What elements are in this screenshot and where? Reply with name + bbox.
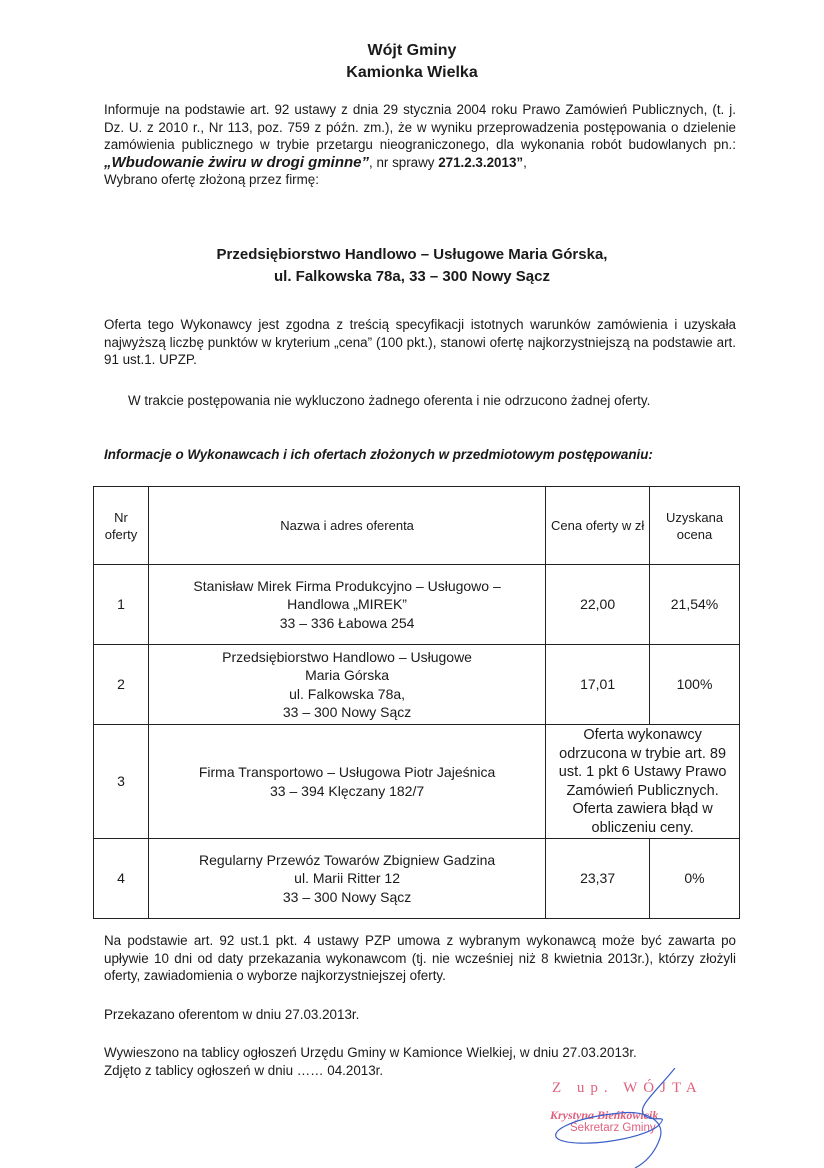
header-title-line2: Kamionka Wielka: [0, 64, 824, 82]
case-label: , nr sprawy: [369, 155, 438, 170]
offer-nr: 1: [94, 565, 149, 645]
offer-name: Firma Transportowo – Usługowa Piotr Jaje…: [148, 725, 545, 839]
table-heading: Informacje o Wykonawcach i ich ofertach …: [104, 446, 736, 464]
offer-name-line: Stanisław Mirek Firma Produkcyjno – Usłu…: [153, 577, 541, 596]
offer-score: 100%: [650, 645, 740, 725]
table-row: 4 Regularny Przewóz Towarów Zbigniew Gad…: [94, 839, 740, 919]
offer-name-line: Maria Górska: [153, 666, 541, 685]
header-name: Nazwa i adres oferenta: [148, 487, 545, 565]
rejection-line: Zamówień Publicznych.: [550, 782, 735, 801]
winner-address: ul. Falkowska 78a, 33 – 300 Nowy Sącz: [0, 266, 824, 287]
offer-name-line: Przedsiębiorstwo Handlowo – Usługowe: [153, 648, 541, 667]
header-price: Cena oferty w zł: [546, 487, 650, 565]
offer-nr: 3: [94, 725, 149, 839]
rejection-line: ust. 1 pkt 6 Ustawy Prawo: [550, 763, 735, 782]
document-page: Wójt Gminy Kamionka Wielka Informuje na …: [0, 0, 824, 1168]
offer-name: Regularny Przewóz Towarów Zbigniew Gadzi…: [148, 839, 545, 919]
offer-name-line: 33 – 300 Nowy Sącz: [153, 703, 541, 722]
offer-price: 17,01: [546, 645, 650, 725]
header-title-line1: Wójt Gminy: [0, 42, 824, 60]
intro-text: Informuje na podstawie art. 92 ustawy z …: [104, 102, 736, 152]
selected-line: Wybrano ofertę złożoną przez firmę:: [104, 171, 736, 189]
offer-price: 22,00: [546, 565, 650, 645]
no-exclusion-note: W trakcie postępowania nie wykluczono ża…: [128, 392, 728, 410]
offer-name-line: ul. Falkowska 78a,: [153, 685, 541, 704]
intro-paragraph: Informuje na podstawie art. 92 ustawy z …: [104, 101, 736, 189]
offer-nr: 2: [94, 645, 149, 725]
justification-paragraph: Oferta tego Wykonawcy jest zgodna z treś…: [104, 316, 736, 369]
table-row: 1 Stanisław Mirek Firma Produkcyjno – Us…: [94, 565, 740, 645]
rejection-line: Oferta zawiera błąd w: [550, 800, 735, 819]
offer-name-line: Handlowa „MIREK”: [153, 595, 541, 614]
offer-rejection-note: Oferta wykonawcy odrzucona w trybie art.…: [546, 725, 740, 839]
rejection-line: Oferta wykonawcy: [550, 726, 735, 745]
offer-score: 21,54%: [650, 565, 740, 645]
offer-name-line: 33 – 336 Łabowa 254: [153, 614, 541, 633]
offer-name-line: ul. Marii Ritter 12: [153, 869, 541, 888]
offer-name: Przedsiębiorstwo Handlowo – Usługowe Mar…: [148, 645, 545, 725]
offer-name-line: Regularny Przewóz Towarów Zbigniew Gadzi…: [153, 851, 541, 870]
table-row: 3 Firma Transportowo – Usługowa Piotr Ja…: [94, 725, 740, 839]
offer-name-line: Firma Transportowo – Usługowa Piotr Jaje…: [153, 763, 541, 782]
header-nr: Nr oferty: [94, 487, 149, 565]
offer-score: 0%: [650, 839, 740, 919]
table-row: 2 Przedsiębiorstwo Handlowo – Usługowe M…: [94, 645, 740, 725]
offer-name: Stanisław Mirek Firma Produkcyjno – Usłu…: [148, 565, 545, 645]
table-header-row: Nr oferty Nazwa i adres oferenta Cena of…: [94, 487, 740, 565]
winner-name: Przedsiębiorstwo Handlowo – Usługowe Mar…: [0, 244, 824, 265]
offer-price: 23,37: [546, 839, 650, 919]
offer-name-line: 33 – 300 Nowy Sącz: [153, 888, 541, 907]
project-name: „Wbudowanie żwiru w drogi gminne”: [104, 154, 369, 171]
offers-table: Nr oferty Nazwa i adres oferenta Cena of…: [93, 486, 740, 919]
official-stamp: Z up. WÓJTA Krystyna Bieńkowicik Sekreta…: [540, 1078, 720, 1168]
offer-nr: 4: [94, 839, 149, 919]
rejection-line: odrzucona w trybie art. 89: [550, 745, 735, 764]
handed-over-note: Przekazano oferentom w dniu 27.03.2013r.: [104, 1006, 736, 1024]
case-number: 271.2.3.2013”: [438, 155, 523, 170]
rejection-line: obliczeniu ceny.: [550, 819, 735, 838]
contract-note: Na podstawie art. 92 ust.1 pkt. 4 ustawy…: [104, 932, 736, 985]
offer-name-line: 33 – 394 Klęczany 182/7: [153, 782, 541, 801]
intro-trailing: ,: [523, 155, 527, 170]
header-score: Uzyskana ocena: [650, 487, 740, 565]
posted-note: Wywieszono na tablicy ogłoszeń Urzędu Gm…: [104, 1044, 736, 1062]
signature-icon: [540, 1068, 720, 1168]
